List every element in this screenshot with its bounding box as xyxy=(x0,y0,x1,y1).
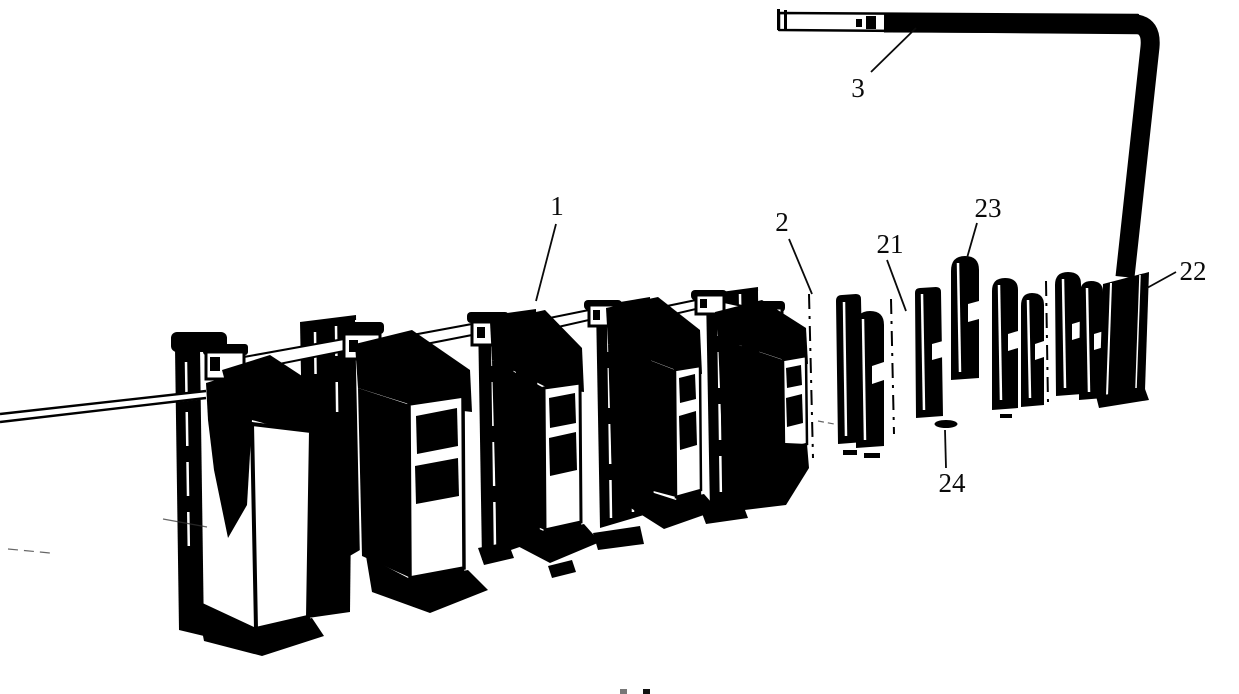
leader-line-2 xyxy=(789,239,812,294)
leader-line-3 xyxy=(871,28,916,72)
pipe-end-tick xyxy=(784,10,787,29)
gate-machine-2 xyxy=(338,322,488,613)
caption-marks xyxy=(620,689,650,694)
label-3: 3 xyxy=(851,73,865,103)
leader-line-22 xyxy=(1147,272,1176,288)
bollard-pair-3 xyxy=(992,278,1044,418)
dashed-guide-line-1 xyxy=(809,294,813,458)
label-22: 22 xyxy=(1180,256,1207,286)
overhead-pipe xyxy=(777,9,1150,277)
bollard-pair-4 xyxy=(1055,272,1104,400)
pipe-end-tick xyxy=(777,9,780,30)
label-21: 21 xyxy=(877,229,904,259)
dashed-guide-line-2 xyxy=(891,299,894,434)
label-24: 24 xyxy=(939,468,967,498)
label-1: 1 xyxy=(550,191,564,221)
pipe-solid-section xyxy=(884,23,1150,277)
ground-marker-ellipse xyxy=(935,420,958,428)
bollard-posts xyxy=(836,256,1104,448)
leader-line-1 xyxy=(536,224,556,301)
leader-line-23 xyxy=(967,223,977,258)
label-2: 2 xyxy=(775,207,789,237)
gate-machine-row xyxy=(171,287,880,656)
leader-line-24 xyxy=(945,430,946,468)
leader-line-21 xyxy=(887,260,906,311)
dashed-guide-line-3 xyxy=(1046,281,1048,403)
bollard-pair-1 xyxy=(836,294,884,448)
label-23: 23 xyxy=(975,193,1002,223)
figure-canvas: 1 2 3 21 22 23 24 xyxy=(0,0,1239,694)
entry-rod xyxy=(0,391,206,423)
bollard-pair-2 xyxy=(915,256,979,418)
side-panel-22 xyxy=(1096,272,1149,408)
patent-figure: 1 2 3 21 22 23 24 xyxy=(0,0,1239,694)
